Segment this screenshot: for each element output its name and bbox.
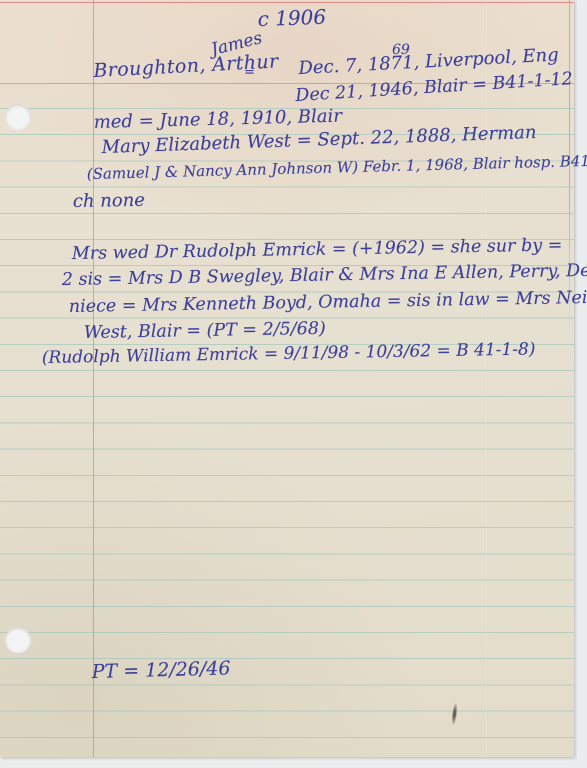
footer-obit-ref: PT = 12/26/46 — [91, 658, 230, 683]
paper-crease — [486, 0, 488, 757]
insertion-mark: = — [244, 66, 255, 81]
note-obit-ref: West, Blair = (PT = 2/5/68) — [84, 319, 326, 343]
ledger-page: c 1906 Broughton, Arthur James = 69 Dec.… — [0, 0, 574, 757]
hole-punch-bottom — [5, 627, 31, 653]
scanned-document: { "record": { "circa_note": "c 1906", "n… — [0, 0, 587, 768]
children-line: ch none — [73, 191, 145, 213]
hole-punch-top — [5, 104, 31, 130]
circa-note: c 1906 — [257, 6, 326, 31]
